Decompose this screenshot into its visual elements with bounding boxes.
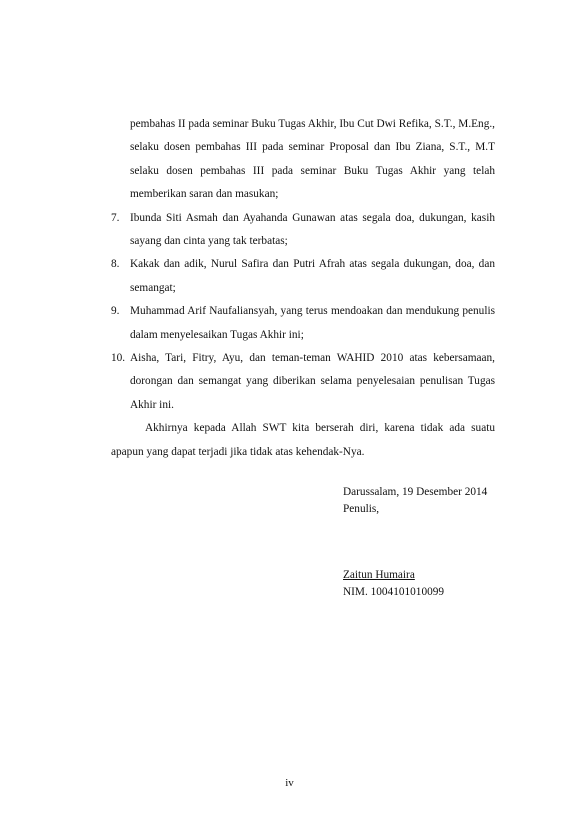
list-number: 10. xyxy=(111,347,130,417)
page-number: iv xyxy=(0,777,579,789)
signature-block: Darussalam, 19 Desember 2014 Penulis, Za… xyxy=(343,484,487,601)
closing-paragraph: Akhirnya kepada Allah SWT kita berserah … xyxy=(111,417,495,464)
list-number: 7. xyxy=(111,207,130,254)
list-text: Kakak dan adik, Nurul Safira dan Putri A… xyxy=(130,253,495,300)
list-item: 9. Muhammad Arif Naufaliansyah, yang ter… xyxy=(111,300,495,347)
list-item: 7. Ibunda Siti Asmah dan Ayahanda Gunawa… xyxy=(111,207,495,254)
list-item: 10. Aisha, Tari, Fitry, Ayu, dan teman-t… xyxy=(111,347,495,417)
signer-nim: NIM. 1004101010099 xyxy=(343,584,487,601)
body-text: pembahas II pada seminar Buku Tugas Akhi… xyxy=(111,113,495,464)
list-item: 8. Kakak dan adik, Nurul Safira dan Putr… xyxy=(111,253,495,300)
list-text: Ibunda Siti Asmah dan Ayahanda Gunawan a… xyxy=(130,207,495,254)
signer-name: Zaitun Humaira xyxy=(343,567,487,584)
list-text: Aisha, Tari, Fitry, Ayu, dan teman-teman… xyxy=(130,347,495,417)
list-number: 9. xyxy=(111,300,130,347)
continued-list-item: pembahas II pada seminar Buku Tugas Akhi… xyxy=(111,113,495,207)
list-text: Muhammad Arif Naufaliansyah, yang terus … xyxy=(130,300,495,347)
document-page: pembahas II pada seminar Buku Tugas Akhi… xyxy=(0,0,579,819)
place-date: Darussalam, 19 Desember 2014 xyxy=(343,484,487,501)
list-number: 8. xyxy=(111,253,130,300)
signer-role: Penulis, xyxy=(343,501,487,518)
